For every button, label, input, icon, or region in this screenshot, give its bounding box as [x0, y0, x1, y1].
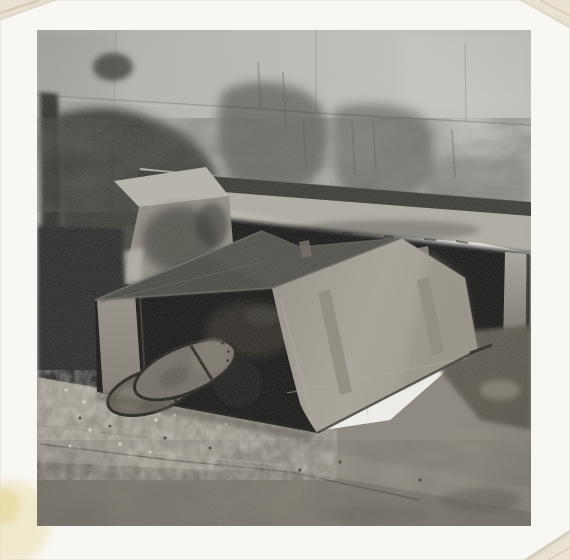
photo-image — [37, 30, 531, 527]
photo-album-page: Black-and-white photograph print on a cr… — [0, 0, 570, 560]
vignette-overlay — [37, 30, 531, 526]
photograph-recreation: Black-and-white photograph print on a cr… — [0, 0, 570, 560]
